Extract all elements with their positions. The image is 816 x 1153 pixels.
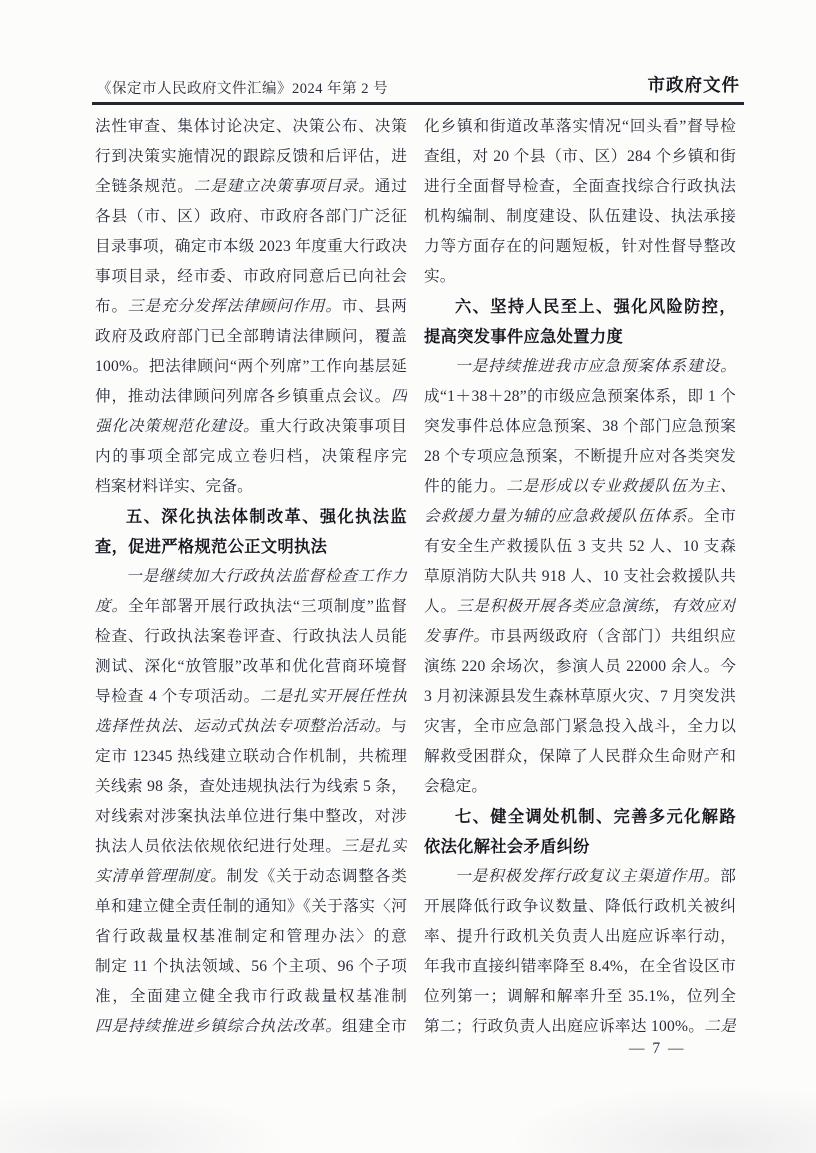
text-run: 第二；行政负责人出庭应诉率达 100%。 (424, 1018, 704, 1035)
text-line: 进行全面督导检查，全面查找综合行政执法队 (424, 172, 736, 202)
text-run: 单和建立健全责任制的通知》《关于落实〈河北 (95, 898, 407, 922)
text-line: 化乡镇和街道改革落实情况“回头看”督导检 (424, 112, 736, 142)
text-run: 五、深化执法体制改革、强化执法监督检 (95, 508, 407, 532)
text-line: 率、提升行政机关负责人出庭应诉率行动，2023 (424, 922, 736, 952)
text-run: 全链条规范。 (95, 178, 194, 195)
text-line: 法性审查、集体讨论决定、决策公布、决策执 (95, 112, 407, 142)
text-run: 内的事项全部完成立卷归档，决策程序完整， (95, 448, 407, 472)
text-run: 执法人员依法依规依纪进行处理。 (95, 838, 342, 855)
text-run: 率、提升行政机关负责人出庭应诉率行动，2023 (424, 928, 736, 952)
text-line: 各县（市、区）政府、市政府各部门广泛征集 (95, 202, 407, 232)
text-run: 成“1＋38＋28”的市级应急预案体系，即 1 个 (424, 388, 736, 405)
text-line: 度。全年部署开展行政执法“三项制度”监督 (95, 592, 407, 622)
text-run: 各县（市、区）政府、市政府各部门广泛征集 (95, 208, 407, 232)
emphasis-run: 强化决策规范化建设。 (95, 418, 260, 435)
text-line: 实。 (424, 262, 736, 292)
text-line: 布。三是充分发挥法律顾问作用。市、县两级 (95, 292, 407, 322)
text-line: 解救受困群众，保障了人民群众生命财产和社 (424, 742, 736, 772)
text-line: 内的事项全部完成立卷归档，决策程序完整， (95, 442, 407, 472)
text-line: 测试、深化“放管服”改革和优化营商环境督 (95, 652, 407, 682)
text-line: 目录事项，确定市本级 2023 年度重大行政决策 (95, 232, 407, 262)
text-line: 执法人员依法依规依纪进行处理。三是扎实落 (95, 832, 407, 862)
text-line: 单和建立健全责任制的通知》《关于落实〈河北 (95, 892, 407, 922)
emphasis-run: 会救援力量为辅的应急救援队伍体系。 (424, 508, 704, 525)
text-run: 导检查 4 个专项活动。 (95, 688, 260, 705)
text-run: 七、健全调处机制、完善多元化解路径， (424, 808, 736, 832)
text-run: 提高突发事件应急处置力度 (424, 328, 623, 346)
text-run: 对线索对涉案执法单位进行集中整改，对涉案 (95, 808, 407, 832)
text-line: 开展降低行政争议数量、降低行政机关被纠错 (424, 892, 736, 922)
text-run: 演练 220 余场次，参演人员 22000 余人。今年 (424, 658, 736, 682)
text-run: 制定 11 个执法领域、56 个主项、96 个子项标 (95, 958, 407, 982)
text-run: 化乡镇和街道改革落实情况“回头看”督导检 (424, 118, 736, 135)
text-line: 对线索对涉案执法单位进行集中整改，对涉案 (95, 802, 407, 832)
text-line: 100%。把法律顾问“两个列席”工作向基层延 (95, 352, 407, 382)
emphasis-run: 三是充分发挥法律顾问作用。 (128, 298, 342, 315)
page-number: — 7 — (629, 1040, 686, 1058)
emphasis-run: 实清单管理制度。 (95, 868, 227, 885)
text-line: 演练 220 余场次，参演人员 22000 余人。今年 (424, 652, 736, 682)
emphasis-run: 一是继续加大行政执法监督检查工作力 (126, 568, 407, 585)
text-run: 布。 (95, 298, 128, 315)
text-line: 发事件。市县两级政府（含部门）共组织应急 (424, 622, 736, 652)
text-line: 会救援力量为辅的应急救援队伍体系。全市共 (424, 502, 736, 532)
text-run: 人。 (424, 598, 457, 615)
text-line: 强化决策规范化建设。重大行政决策事项目录 (95, 412, 407, 442)
emphasis-run: 选择性执法、运动式执法专项整治活动。 (95, 718, 391, 735)
text-run: 草原消防大队共 918 人、10 支社会救援队共 778 (424, 568, 736, 592)
emphasis-run: 发事件。 (424, 628, 490, 645)
text-run: 灾害，全市应急部门紧急投入战斗，全力以赴 (424, 718, 736, 742)
header-doc-category: 市政府文件 (648, 72, 741, 97)
emphasis-run: 一是积极发挥行政复议主渠道作用。 (455, 868, 720, 885)
text-line: 选择性执法、运动式执法专项整治活动。与保 (95, 712, 407, 742)
text-run: 28 个专项应急预案，不断提升应对各类突发事 (424, 448, 736, 472)
heading-line: 七、健全调处机制、完善多元化解路径， (424, 802, 736, 832)
heading-line: 六、坚持人民至上、强化风险防控，全面 (424, 292, 736, 322)
text-run: 事项目录，经市委、市政府同意后已向社会公 (95, 268, 407, 292)
text-run: 查，促进严格规范公正文明执法 (95, 538, 327, 556)
text-line: 导检查 4 个专项活动。二是扎实开展任性执法、 (95, 682, 407, 712)
text-line: 准，全面建立健全我市行政裁量权基准制度。 (95, 982, 407, 1012)
text-line: 3 月初涞源县发生森林草原火灾、7 月突发洪涝 (424, 682, 736, 712)
text-run: 有安全生产救援队伍 3 支共 52 人、10 支森林 (424, 538, 736, 562)
text-line: 年我市直接纠错率降至 8.4%，在全省设区市中 (424, 952, 736, 982)
text-run: 解救受困群众，保障了人民群众生命财产和社 (424, 748, 736, 772)
text-run: 六、坚持人民至上、强化风险防控，全面 (424, 298, 736, 322)
text-run: 政府及政府部门已全部聘请法律顾问，覆盖率 (95, 328, 407, 352)
text-run: 机构编制、制度建设、队伍建设、执法承接能 (424, 208, 736, 232)
text-line: 伸，推动法律顾问列席各乡镇重点会议。四是 (95, 382, 407, 412)
text-run: 检查、行政执法案卷评查、行政执法人员能力 (95, 628, 407, 652)
text-line: 关线索 98 条，查处违规执法行为线索 5 条，针 (95, 772, 407, 802)
text-run: 测试、深化“放管服”改革和优化营商环境督 (95, 658, 407, 675)
text-line: 一是继续加大行政执法监督检查工作力 (95, 562, 407, 592)
text-run: 查组，对 20 个县（市、区）284 个乡镇和街道 (424, 148, 736, 172)
text-run: 会稳定。 (424, 778, 487, 795)
text-line: 实清单管理制度。制发《关于动态调整各类清 (95, 862, 407, 892)
text-line: 机构编制、制度建设、队伍建设、执法承接能 (424, 202, 736, 232)
text-line: 有安全生产救援队伍 3 支共 52 人、10 支森林 (424, 532, 736, 562)
header-booklet-title: 《保定市人民政府文件汇编》2024 年第 2 号 (97, 77, 388, 98)
text-run: 定市 12345 热线建立联动合作机制，共梳理有 (95, 748, 407, 772)
text-line: 力等方面存在的问题短板，针对性督导整改落 (424, 232, 736, 262)
text-line: 人。三是积极开展各类应急演练，有效应对突 (424, 592, 736, 622)
text-run: 开展降低行政争议数量、降低行政机关被纠错 (424, 898, 736, 922)
text-line: 查组，对 20 个县（市、区）284 个乡镇和街道 (424, 142, 736, 172)
right-column: 化乡镇和街道改革落实情况“回头看”督导检查组，对 20 个县（市、区）284 个… (424, 112, 736, 1042)
text-run: 进行全面督导检查，全面查找综合行政执法队 (424, 178, 736, 202)
text-line: 档案材料详实、完备。 (95, 472, 407, 502)
text-line: 制定 11 个执法领域、56 个主项、96 个子项标 (95, 952, 407, 982)
text-run: 力等方面存在的问题短板，针对性督导整改落 (424, 238, 736, 262)
text-run: 3 月初涞源县发生森林草原火灾、7 月突发洪涝 (424, 688, 736, 712)
text-run: 100%。把法律顾问“两个列席”工作向基层延 (95, 358, 407, 375)
text-line: 一是积极发挥行政复议主渠道作用。部署 (424, 862, 736, 892)
text-run: 准，全面建立健全我市行政裁量权基准制度。 (95, 988, 407, 1012)
text-line: 检查、行政执法案卷评查、行政执法人员能力 (95, 622, 407, 652)
text-line: 事项目录，经市委、市政府同意后已向社会公 (95, 262, 407, 292)
text-line: 一是持续推进我市应急预案体系建设。建 (424, 352, 736, 382)
document-page: 《保定市人民政府文件汇编》2024 年第 2 号 市政府文件 法性审查、集体讨论… (0, 0, 816, 1153)
emphasis-run: 度。 (95, 598, 128, 615)
text-line: 位列第一；调解和解率升至 35.1%，位列全省 (424, 982, 736, 1012)
text-run: 省行政裁量权基准制定和管理办法〉的意见》， (95, 928, 407, 952)
text-line: 四是持续推进乡镇综合执法改革。组建全市深 (95, 1012, 407, 1042)
text-line: 全链条规范。二是建立决策事项目录。通过向 (95, 172, 407, 202)
text-run: 全年部署开展行政执法“三项制度”监督 (128, 598, 407, 615)
emphasis-run: 二是建立决策事项目录。 (194, 178, 375, 195)
text-run: 档案材料详实、完备。 (95, 478, 253, 495)
heading-line: 提高突发事件应急处置力度 (424, 322, 736, 352)
text-line: 成“1＋38＋28”的市级应急预案体系，即 1 个 (424, 382, 736, 412)
text-line: 政府及政府部门已全部聘请法律顾问，覆盖率 (95, 322, 407, 352)
text-run: 关线索 98 条，查处违规执法行为线索 5 条，针 (95, 778, 407, 802)
text-run: 实。 (424, 268, 456, 285)
text-line: 省行政裁量权基准制定和管理办法〉的意见》， (95, 922, 407, 952)
text-line: 件的能力。二是形成以专业救援队伍为主、社 (424, 472, 736, 502)
heading-line: 依法化解社会矛盾纠纷 (424, 832, 736, 862)
text-run: 行到决策实施情况的跟踪反馈和后评估，进行 (95, 148, 407, 172)
text-line: 第二；行政负责人出庭应诉率达 100%。二是完 (424, 1012, 736, 1042)
left-column: 法性审查、集体讨论决定、决策公布、决策执行到决策实施情况的跟踪反馈和后评估，进行… (95, 112, 407, 1042)
emphasis-run: 四是持续推进乡镇综合执法改革。 (95, 1018, 342, 1035)
header-rule (92, 102, 744, 105)
text-line: 灾害，全市应急部门紧急投入战斗，全力以赴 (424, 712, 736, 742)
text-run: 目录事项，确定市本级 2023 年度重大行政决策 (95, 238, 407, 262)
heading-line: 五、深化执法体制改革、强化执法监督检 (95, 502, 407, 532)
emphasis-run: 一是持续推进我市应急预案体系建设。 (455, 358, 736, 375)
text-line: 28 个专项应急预案，不断提升应对各类突发事 (424, 442, 736, 472)
text-line: 定市 12345 热线建立联动合作机制，共梳理有 (95, 742, 407, 772)
heading-line: 查，促进严格规范公正文明执法 (95, 532, 407, 562)
text-line: 会稳定。 (424, 772, 736, 802)
text-run: 依法化解社会矛盾纠纷 (424, 838, 590, 856)
text-line: 行到决策实施情况的跟踪反馈和后评估，进行 (95, 142, 407, 172)
emphasis-run: 三是积极开展各类应急演练，有效应对突 (424, 598, 736, 622)
text-run: 法性审查、集体讨论决定、决策公布、决策执 (95, 118, 407, 142)
text-line: 突发事件总体应急预案、38 个部门应急预案和 (424, 412, 736, 442)
text-run: 位列第一；调解和解率升至 35.1%，位列全省 (424, 988, 736, 1012)
text-line: 草原消防大队共 918 人、10 支社会救援队共 778 (424, 562, 736, 592)
text-run: 年我市直接纠错率降至 8.4%，在全省设区市中 (424, 958, 736, 982)
text-run: 伸，推动法律顾问列席各乡镇重点会议。 (95, 388, 391, 405)
text-run: 件的能力。 (424, 478, 506, 495)
text-run: 突发事件总体应急预案、38 个部门应急预案和 (424, 418, 736, 442)
